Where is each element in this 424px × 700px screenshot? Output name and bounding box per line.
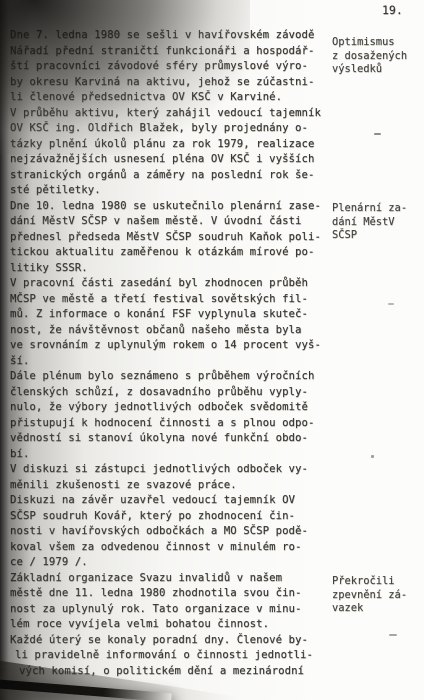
typed-line: V pracovní části zasedání byl zhodnocen … [10, 276, 328, 292]
typed-line: sté pětiletky. [10, 183, 328, 199]
typed-line: ce / 1979 /. [10, 555, 328, 571]
page-number: 19. [382, 3, 403, 17]
typed-line: bí. [10, 447, 328, 463]
typed-text-block: Dne 7. ledna 1980 se sešli v havířovském… [10, 28, 328, 679]
typed-line: Dne 10. ledna 1980 se uskutečnilo plenár… [10, 199, 328, 215]
typed-line: li členové předsednictva OV KSČ v Karvin… [10, 90, 328, 106]
typed-line: SČSP soudruh Kovář, který po zhodnocení … [10, 509, 328, 525]
typed-line: Základní organizace Svazu invalidů v naš… [10, 571, 328, 587]
typed-line: Dále plénum bylo seznámeno s průběhem vý… [10, 369, 328, 385]
typed-line: ští pracovníci závodové sféry průmyslové… [10, 59, 328, 75]
typed-line: členských schůzí, z dosavadního průběhu … [10, 385, 328, 401]
margin-note-optimism: Optimismusz dosaženýchvýsledků [332, 36, 422, 77]
margin-note-line: SČSP [332, 229, 422, 243]
typed-line: vědností si stanoví úkolyna nové funkční… [10, 431, 328, 447]
typed-line: Nářadí přední straničtí funkcionáři a ho… [10, 44, 328, 60]
typed-line: tickou aktualitu zaměřenou k otázkám mír… [10, 245, 328, 261]
typed-line: Každé úterý se konaly poradní dny. Členo… [10, 633, 328, 649]
margin-note-line: dání MěstV [332, 216, 422, 230]
margin-note-line: Optimismus [332, 36, 422, 50]
typed-line: MČSP ve městě a třetí festival sovětskýc… [10, 292, 328, 308]
typed-line: Diskuzi na závěr uzavřel vedoucí tajemní… [10, 493, 328, 509]
typed-line: litiky SSSR. [10, 261, 328, 277]
typed-line: nulo, že výbory jednotlivých odboček svě… [10, 400, 328, 416]
typed-line: koval všem za odvedenou činnost v minulé… [10, 540, 328, 556]
scanned-document-page: 19. Dne 7. ledna 1980 se sešli v havířov… [0, 0, 424, 700]
typed-line: měnili zkušenosti ze svazové práce. [10, 478, 328, 494]
typed-line: by okresu Karviná na aktivu, jehož se zú… [10, 75, 328, 91]
typed-line: stranických orgánů a záměry na poslední … [10, 168, 328, 184]
typed-line: tázky plnění úkolů plánu za rok 1979, re… [10, 137, 328, 153]
typed-line: lém roce vyvíjela velmi bohatou činnost. [10, 617, 328, 633]
typed-line: V průběhu aktivu, který zahájil vedoucí … [10, 106, 328, 122]
typed-line: nosti v havířovských odbočkách a MO SČSP… [10, 524, 328, 540]
typed-line: li pravidelně informování o činnosti jed… [15, 648, 328, 664]
margin-note-line: z dosažených [332, 50, 422, 64]
typed-line: přistupují k hodnocení činnosti a s plno… [10, 416, 328, 432]
typed-line: ve srovnáním z uplynulým rokem o 14 proc… [10, 338, 328, 354]
typed-line: přednesl předseda MěstV SČSP soudruh Kaň… [10, 230, 328, 246]
scan-shadow-bottom-streak [0, 679, 172, 700]
margin-note-line: Plenární za- [332, 202, 422, 216]
typed-line: městě dne 11. ledna 1980 zhodnotila svou… [10, 586, 328, 602]
typed-line: vých komisí, o politickém dění a mezinár… [19, 664, 328, 680]
typed-line: OV KSČ ing. Oldřich Blažek, byly projedn… [10, 121, 328, 137]
margin-note-line: vazek [332, 602, 422, 616]
margin-note-line: výsledků [332, 63, 422, 77]
scan-artifact-speck [389, 634, 397, 636]
typed-line: nejzávažnějších usnesení pléna OV KSČ i … [10, 152, 328, 168]
margin-note-exceeded-pledge: Překročilizpevnění zá-vazek [332, 575, 422, 616]
typed-line: nost, že návštěvnost občanů našeho města… [10, 323, 328, 339]
margin-note-line: Překročili [332, 575, 422, 589]
typed-line: V diskuzi si zástupci jednotlivých odboč… [10, 462, 328, 478]
margin-note-line: zpevnění zá- [332, 589, 422, 603]
scan-artifact-speck [374, 133, 381, 135]
scan-artifact-speck [388, 303, 394, 305]
typed-line: ší. [10, 354, 328, 370]
scan-artifact-speck [371, 455, 374, 458]
typed-line: mů. Z informace o konání FSF vyplynula s… [10, 307, 328, 323]
typed-line: dání MěstV SČSP v našem městě. V úvodní … [10, 214, 328, 230]
margin-note-plenary-session: Plenární za-dání MěstVSČSP [332, 202, 422, 243]
typed-line: Dne 7. ledna 1980 se sešli v havířovském… [10, 28, 328, 44]
typed-line: nost za uplynulý rok. Tato organizace v … [10, 602, 328, 618]
